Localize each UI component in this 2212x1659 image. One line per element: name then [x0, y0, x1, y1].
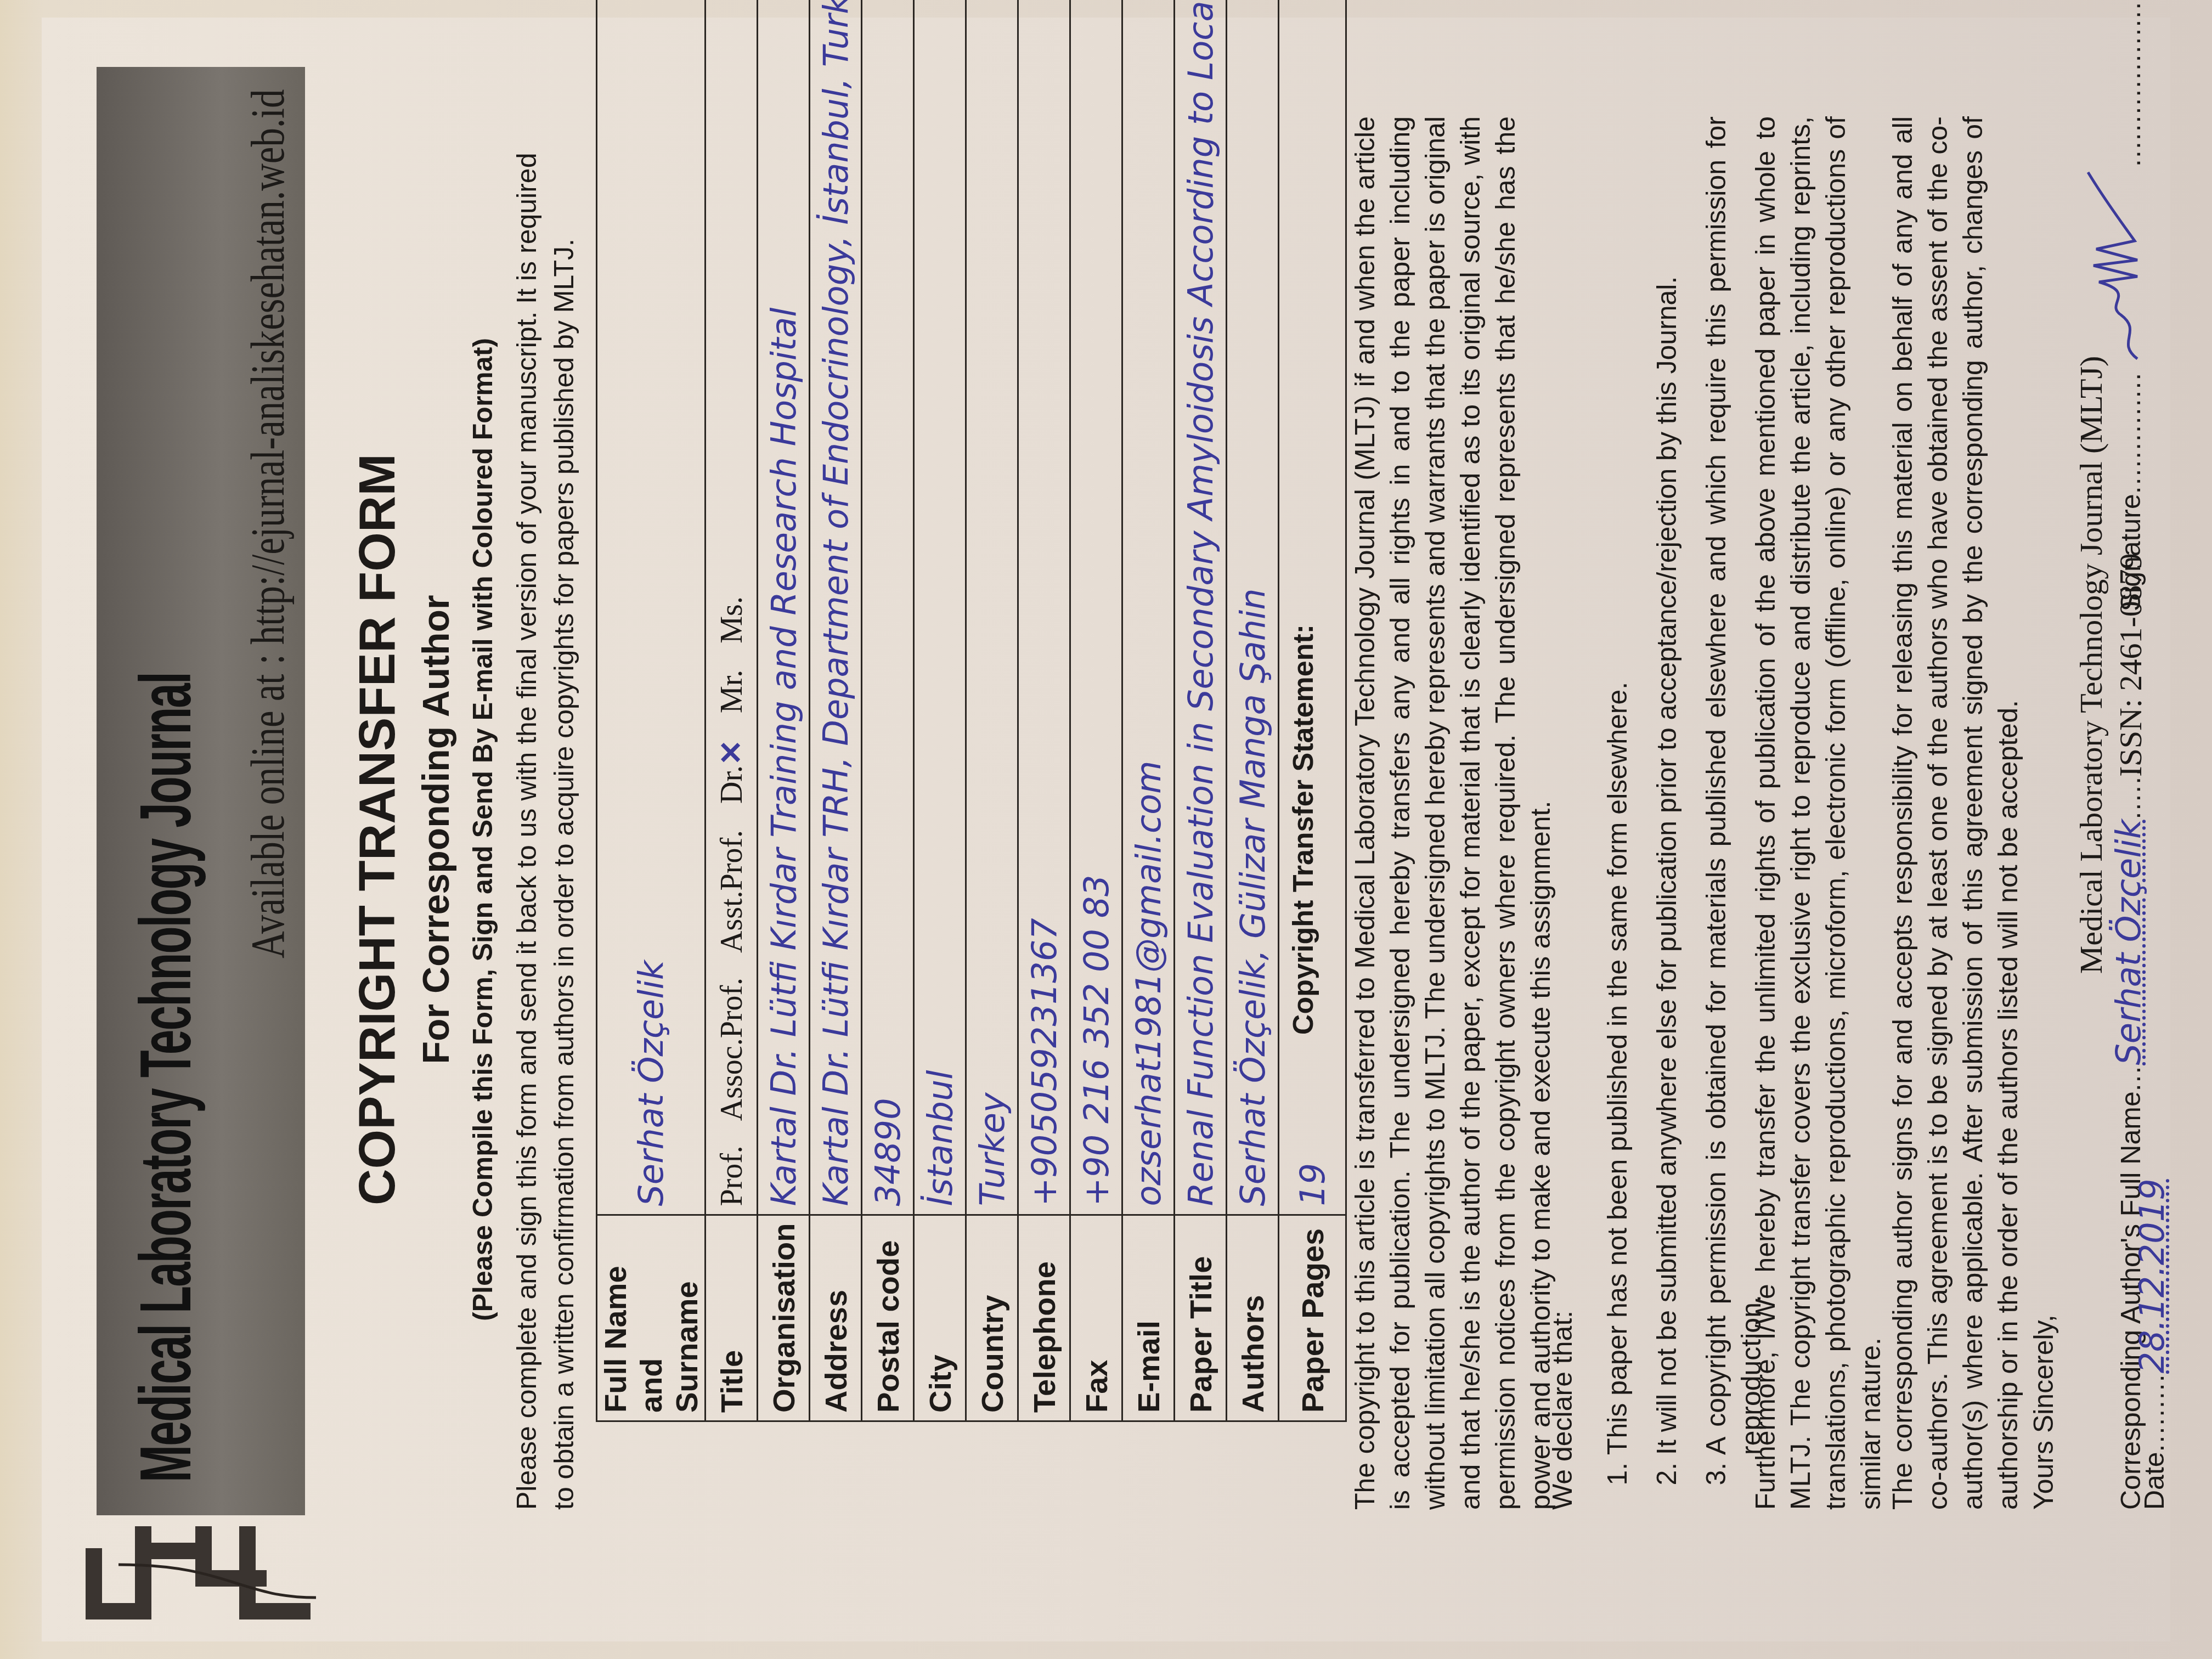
title-option-asst-prof[interactable]: Asst.Prof.: [715, 830, 749, 953]
field-label: Country: [966, 1215, 1018, 1421]
footer-issn: ISSN: 2461-0879: [2111, 0, 2151, 1477]
field-label: Telephone: [1018, 1215, 1070, 1421]
email-field[interactable]: ozserhat1981@gmail.com: [1128, 760, 1169, 1206]
page-footer: Medical Laboratory Technology Journal (M…: [2072, 0, 2151, 1477]
available-online-url[interactable]: Available online at : http://ejurnal-ana…: [240, 89, 295, 958]
country-field[interactable]: Turkey: [972, 1092, 1012, 1206]
paper-title-field[interactable]: Renal Function Evaluation in Secondary A…: [1181, 0, 1221, 1206]
table-row: Title Prof. Assoc.Prof. Asst.Prof. Dr.✕ …: [706, 0, 758, 1421]
statement-paragraph-1: The copyright to this article is transfe…: [1347, 116, 1558, 1510]
journal-title: Medical Laboratory Technology Journal: [124, 673, 207, 1482]
table-row: Full Name and Surname Serhat Özçelik: [597, 0, 706, 1421]
title-option-prof[interactable]: Prof.: [715, 1145, 749, 1206]
postal-code-field[interactable]: 34890: [868, 1098, 908, 1206]
table-row: City İstanbul: [914, 0, 966, 1421]
field-label: Authors: [1227, 1215, 1279, 1421]
statement-paragraph-2: Furthermore, I/We hereby transfer the un…: [1748, 116, 1888, 1510]
title-option-ms[interactable]: Ms.: [715, 596, 749, 644]
check-mark-icon: ✕: [715, 740, 749, 765]
copyright-transfer-form-page: Medical Laboratory Technology Journal Av…: [42, 18, 2170, 1641]
table-row: Paper Title Renal Function Evaluation in…: [1175, 0, 1227, 1421]
journal-header-band: Medical Laboratory Technology Journal Av…: [97, 67, 305, 1515]
organisation-field[interactable]: Kartal Dr. Lütfi Kırdar Training and Res…: [764, 307, 804, 1206]
title-options[interactable]: Prof. Assoc.Prof. Asst.Prof. Dr.✕ Mr. Ms…: [706, 0, 758, 1215]
mltj-logo-icon: [75, 1521, 316, 1630]
table-row: Organisation Kartal Dr. Lütfi Kırdar Tra…: [758, 0, 810, 1421]
declare-intro: We declare that:: [1545, 116, 1580, 1510]
statement-heading: Copyright Transfer Statement:: [1287, 18, 1320, 1641]
table-row: Postal code 34890: [862, 0, 914, 1421]
field-label: Address: [810, 1215, 862, 1421]
form-description: Please complete and sign this form and s…: [508, 138, 583, 1510]
authors-field[interactable]: Serhat Özçelik, Gülizar Manga Şahin: [1233, 588, 1273, 1206]
form-subtitle: For Corresponding Author: [415, 18, 458, 1641]
field-label: City: [914, 1215, 966, 1421]
field-label: Fax: [1070, 1215, 1122, 1421]
telephone-field[interactable]: +905059231367: [1024, 918, 1064, 1206]
table-row: Address Kartal Dr. Lütfi Kırdar TRH, Dep…: [810, 0, 862, 1421]
city-field[interactable]: İstanbul: [920, 1070, 960, 1206]
field-label: Organisation: [758, 1215, 810, 1421]
declaration-item: This paper has not been published in the…: [1600, 116, 1635, 1455]
address-field[interactable]: Kartal Dr. Lütfi Kırdar TRH, Department …: [816, 0, 856, 1206]
statement-paragraph-3: The corresponding author signs for and a…: [1885, 116, 2025, 1510]
field-label: Title: [706, 1215, 758, 1421]
author-info-table: Full Name and Surname Serhat Özçelik Tit…: [596, 0, 1347, 1422]
fax-field[interactable]: +90 216 352 00 83: [1076, 874, 1116, 1206]
field-label: Postal code: [862, 1215, 914, 1421]
table-row: Telephone +905059231367: [1018, 0, 1070, 1421]
yours-sincerely: Yours Sincerely,: [2028, 1314, 2059, 1510]
declaration-item: It will not be submitted anywhere else f…: [1649, 116, 1684, 1455]
footer-journal-name: Medical Laboratory Technology Journal (M…: [2072, 0, 2111, 1477]
field-label: Paper Title: [1175, 1215, 1227, 1421]
table-row: Fax +90 216 352 00 83: [1070, 0, 1122, 1421]
title-option-mr[interactable]: Mr.: [715, 670, 749, 713]
field-label: E-mail: [1122, 1215, 1175, 1421]
table-row: E-mail ozserhat1981@gmail.com: [1122, 0, 1175, 1421]
table-row: Country Turkey: [966, 0, 1018, 1421]
field-label: Full Name and Surname: [597, 1215, 706, 1421]
form-instruction: (Please Compile this Form, Sign and Send…: [467, 18, 499, 1641]
title-option-assoc-prof[interactable]: Assoc.Prof.: [715, 978, 749, 1121]
form-title: COPYRIGHT TRANSFER FORM: [349, 18, 407, 1641]
title-option-dr[interactable]: Dr.✕: [715, 740, 749, 804]
full-name-field[interactable]: Serhat Özçelik: [631, 960, 671, 1206]
table-row: Authors Serhat Özçelik, Gülizar Manga Şa…: [1227, 0, 1279, 1421]
